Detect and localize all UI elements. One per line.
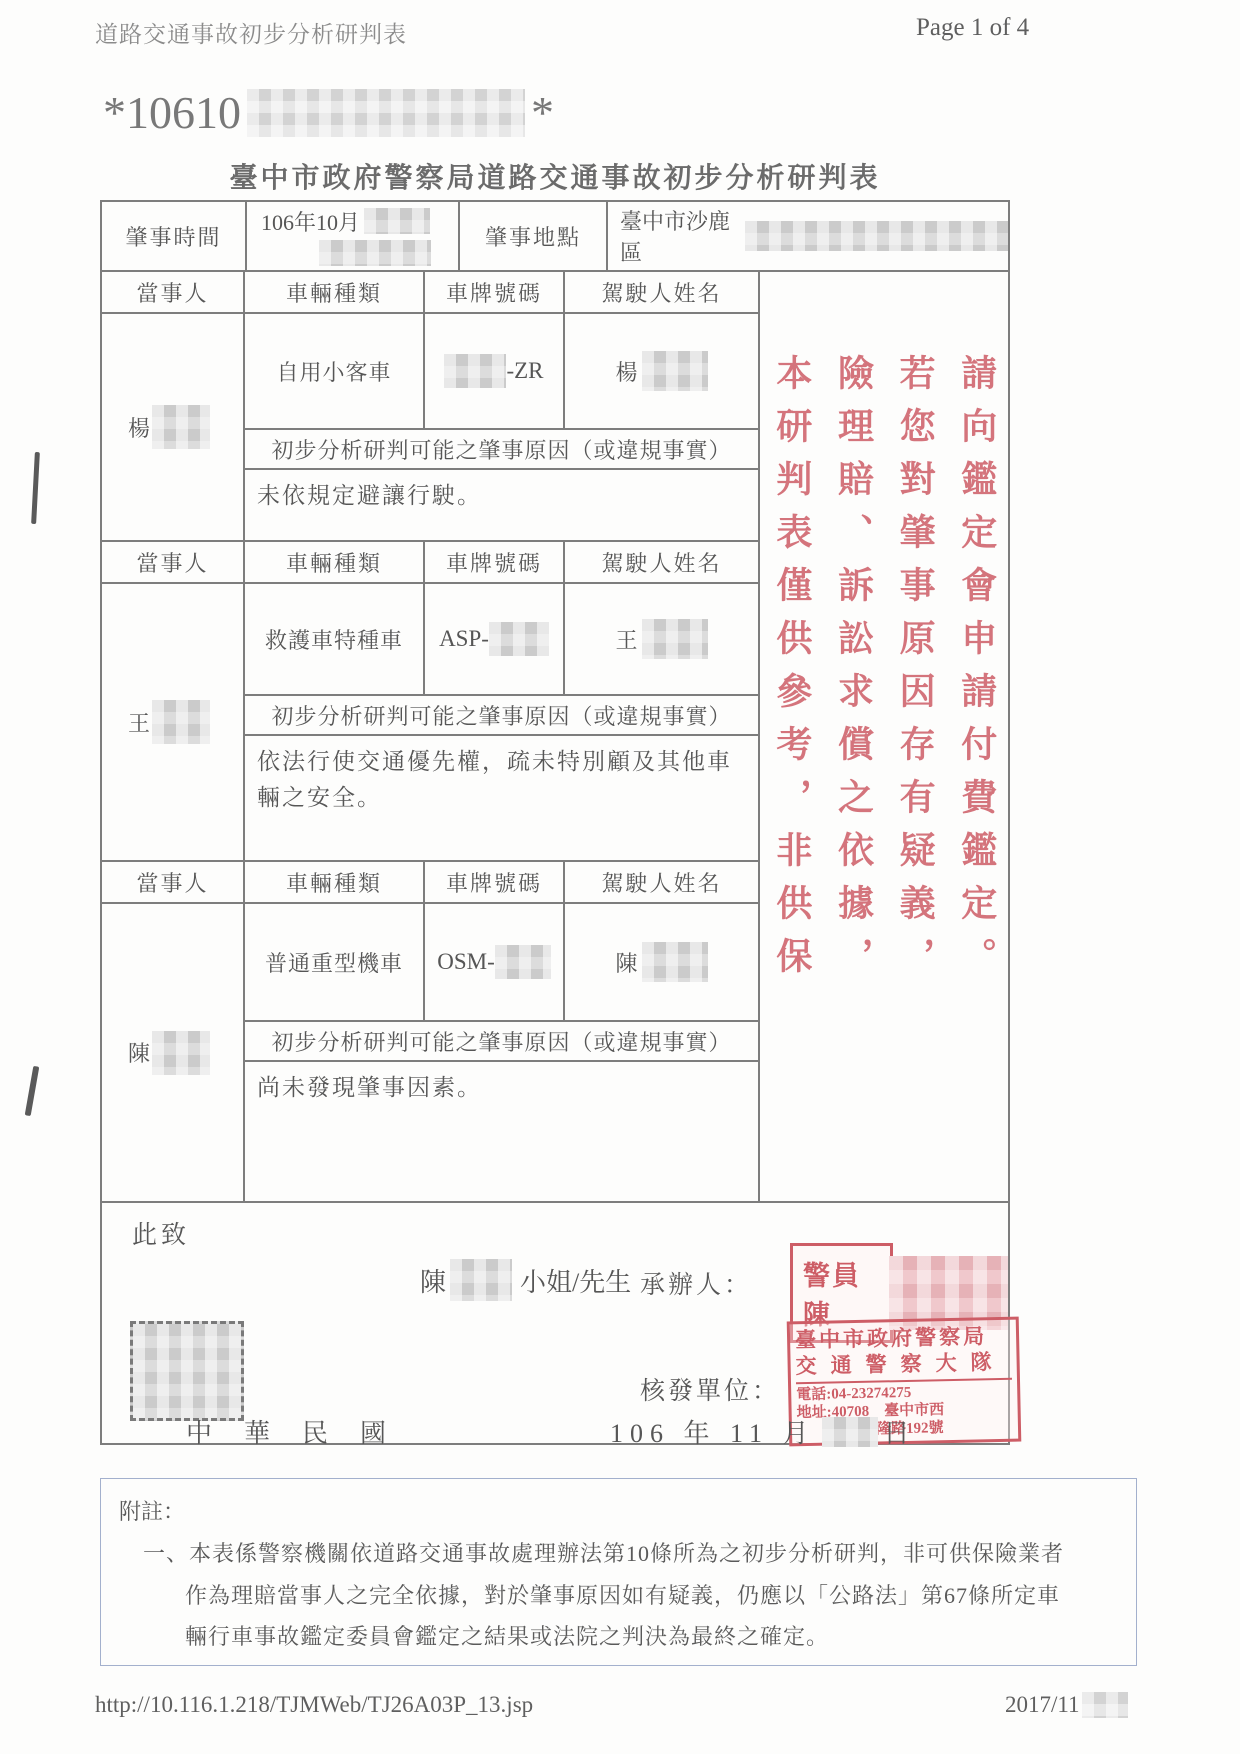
- party-surname: 楊: [128, 412, 150, 443]
- plate-redacted: [444, 354, 506, 388]
- salutation: 此致: [132, 1215, 190, 1251]
- party-section-3: 當事人 車輛種類 車牌號碼 駕駛人姓名 陳 普通重型機車 OSM-: [102, 862, 758, 1201]
- cause-header: 初步分析研判可能之肇事原因（或違規事實）: [245, 1022, 758, 1062]
- footnote-line-2: 作為理賠當事人之完全依據，對於肇事原因如有疑義，仍應以「公路法」第67條所定車: [185, 1575, 1118, 1617]
- incident-time-value: 106年10月: [247, 202, 460, 270]
- time-redacted-2: [319, 240, 431, 266]
- issue-day-redacted: [822, 1417, 878, 1447]
- print-date-redacted: [1082, 1692, 1128, 1718]
- vehicle-row: 救護車特種車 ASP- 王: [245, 584, 758, 696]
- vehicle-type-label: 車輛種類: [245, 862, 425, 902]
- plate-value: -ZR: [444, 354, 543, 388]
- issuer-label: 核發單位：: [640, 1371, 780, 1407]
- driver-surname: 陳: [615, 947, 637, 978]
- print-header-title: 道路交通事故初步分析研判表: [95, 16, 407, 49]
- issue-date-text: 106 年 11 月: [610, 1413, 816, 1450]
- vehicle-type-label: 車輛種類: [245, 542, 425, 582]
- party-name-redacted: [152, 700, 210, 744]
- form-title: 臺中市政府警察局道路交通事故初步分析研判表: [100, 156, 1010, 196]
- party-label: 當事人: [102, 272, 245, 312]
- plate-no-label: 車牌號碼: [425, 542, 565, 582]
- party-section-2: 當事人 車輛種類 車牌號碼 駕駛人姓名 王 救護車特種車 ASP-: [102, 542, 758, 862]
- party-surname: 陳: [128, 1037, 150, 1068]
- vehicle-row: 普通重型機車 OSM- 陳: [245, 904, 758, 1022]
- cause-text: 未依規定避讓行駛。: [245, 470, 758, 540]
- party-name: 楊: [102, 314, 245, 540]
- officer-label: 承辦人：: [640, 1265, 752, 1301]
- staple-mark: [25, 1066, 40, 1116]
- plate-no-label: 車牌號碼: [425, 862, 565, 902]
- closing-section: 此致 陳 小姐/先生 承辦人： 警員陳 核發單位： 臺中市政府警察局 交通警察大…: [102, 1203, 1008, 1443]
- red-notice-column-4: 請向鑑定會申請付費鑑定。: [952, 354, 1001, 1201]
- vehicle-type-value: 普通重型機車: [245, 904, 425, 1020]
- party-label: 當事人: [102, 862, 245, 902]
- driver-value: 楊: [615, 351, 707, 391]
- party-header-row: 當事人 車輛種類 車牌號碼 駕駛人姓名: [102, 272, 758, 314]
- incident-info-row: 肇事時間 106年10月 肇事地點 臺中市沙鹿區: [102, 202, 1008, 272]
- driver-redacted: [642, 351, 708, 391]
- incident-time-text: 106年10月: [261, 206, 360, 237]
- party-name-redacted: [152, 405, 210, 449]
- print-footer-url: http://10.116.1.218/TJMWeb/TJ26A03P_13.j…: [95, 1692, 533, 1718]
- recipient-title: 小姐/先生: [520, 1262, 631, 1299]
- issue-date-line: 106 年 11 月 日: [610, 1413, 917, 1450]
- red-notice-column-3: 若您對肇事原因存有疑義，: [891, 354, 940, 1201]
- vehicle-type-value: 自用小客車: [245, 314, 425, 428]
- location-redacted: [745, 221, 1008, 251]
- print-page-number: Page 1 of 4: [916, 14, 1029, 42]
- recipient-line: 陳 小姐/先生: [420, 1259, 631, 1301]
- recipient-redacted: [450, 1259, 512, 1301]
- driver-value: 王: [615, 619, 707, 659]
- cause-text: 依法行使交通優先權，疏未特別顧及其他車輛之安全。: [245, 736, 758, 860]
- issue-day-suffix: 日: [884, 1413, 917, 1450]
- cause-text: 尚未發現肇事因素。: [245, 1062, 758, 1201]
- driver-value: 陳: [615, 942, 707, 982]
- driver-name-label: 駕駛人姓名: [565, 542, 758, 582]
- incident-time-label: 肇事時間: [102, 202, 247, 270]
- plate-no-label: 車牌號碼: [425, 272, 565, 312]
- print-footer-date: 2017/11: [1005, 1692, 1128, 1718]
- party-header-row: 當事人 車輛種類 車牌號碼 駕駛人姓名: [102, 542, 758, 584]
- party-label: 當事人: [102, 542, 245, 582]
- footnote-label: 附註：: [119, 1491, 1118, 1533]
- cause-header: 初步分析研判可能之肇事原因（或違規事實）: [245, 696, 758, 736]
- agency-stamp-line2: 交通警察大隊: [795, 1349, 1012, 1380]
- cause-header: 初步分析研判可能之肇事原因（或違規事實）: [245, 430, 758, 470]
- vehicle-type-value: 救護車特種車: [245, 584, 425, 694]
- driver-redacted: [642, 942, 708, 982]
- footnote-line-3: 輛行車事故鑑定委員會鑑定之結果或法院之判決為最終之確定。: [185, 1616, 1118, 1658]
- driver-name-label: 駕駛人姓名: [565, 862, 758, 902]
- parties-column: 當事人 車輛種類 車牌號碼 駕駛人姓名 楊 自用小客車 -ZR: [102, 272, 760, 1201]
- qr-code-redacted: [130, 1321, 244, 1421]
- plate-value: ASP-: [439, 622, 549, 656]
- accident-form-table: 肇事時間 106年10月 肇事地點 臺中市沙鹿區 當事人 車輛種類 車牌號碼: [100, 200, 1010, 1445]
- print-date-text: 2017/11: [1005, 1692, 1080, 1718]
- staple-mark: [31, 452, 40, 524]
- plate-redacted: [495, 945, 551, 979]
- parties-and-notice: 當事人 車輛種類 車牌號碼 駕駛人姓名 楊 自用小客車 -ZR: [102, 272, 1008, 1203]
- party-name: 王: [102, 584, 245, 860]
- plate-redacted: [489, 622, 549, 656]
- recipient-surname: 陳: [420, 1262, 446, 1299]
- plate-text: -ZR: [506, 358, 543, 384]
- driver-surname: 王: [615, 624, 637, 655]
- red-disclaimer-stamp: 本研判表僅供參考，非供保 險理賠、訴訟求償之依據， 若您對肇事原因存有疑義， 請…: [760, 272, 1008, 1201]
- vehicle-type-label: 車輛種類: [245, 272, 425, 312]
- agency-name: 臺中市政府警察局: [795, 1323, 988, 1353]
- barcode-redacted: [247, 89, 525, 137]
- plate-text: ASP-: [439, 626, 489, 652]
- footnote-box: 附註： 一、本表係警察機關依道路交通事故處理辦法第10條所為之初步分析研判，非可…: [100, 1478, 1137, 1666]
- time-redacted: [364, 208, 430, 234]
- era-label: 中華民國: [186, 1413, 418, 1450]
- scanned-form-page: 道路交通事故初步分析研判表 Page 1 of 4 *10610 * 臺中市政府…: [0, 0, 1240, 1754]
- barcode-star: *: [531, 86, 554, 139]
- red-notice-column-1: 本研判表僅供參考，非供保: [767, 354, 816, 1201]
- driver-name-label: 駕駛人姓名: [565, 272, 758, 312]
- plate-value: OSM-: [437, 945, 551, 979]
- red-notice-column-2: 險理賠、訴訟求償之依據，: [829, 354, 878, 1201]
- incident-location-value: 臺中市沙鹿區: [608, 202, 1008, 270]
- party-header-row: 當事人 車輛種類 車牌號碼 駕駛人姓名: [102, 862, 758, 904]
- driver-surname: 楊: [615, 356, 637, 387]
- driver-redacted: [642, 619, 708, 659]
- incident-location-text: 臺中市沙鹿區: [620, 205, 739, 267]
- plate-text: OSM-: [437, 949, 495, 975]
- party-name-redacted: [152, 1031, 210, 1075]
- party-section-1: 當事人 車輛種類 車牌號碼 駕駛人姓名 楊 自用小客車 -ZR: [102, 272, 758, 542]
- incident-location-label: 肇事地點: [460, 202, 608, 270]
- barcode-prefix: *10610: [103, 86, 241, 139]
- footnote-line-1: 一、本表係警察機關依道路交通事故處理辦法第10條所為之初步分析研判，非可供保險業…: [143, 1533, 1118, 1575]
- vehicle-row: 自用小客車 -ZR 楊: [245, 314, 758, 430]
- agency-division: 交通警察大隊: [795, 1349, 1006, 1380]
- case-barcode-number: *10610 *: [103, 86, 554, 139]
- party-name: 陳: [102, 904, 245, 1201]
- party-surname: 王: [128, 707, 150, 738]
